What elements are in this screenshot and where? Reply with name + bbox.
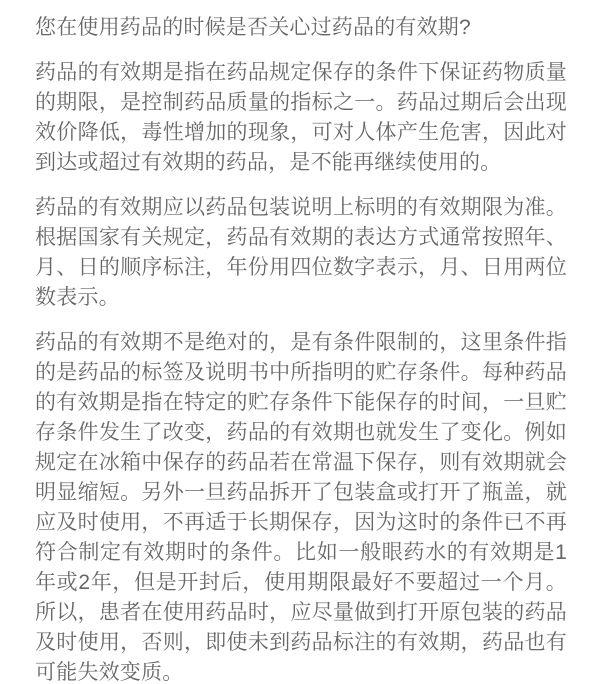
paragraph-storage-conditions: 药品的有效期不是绝对的，是有条件限制的，这里条件指的是药品的标签及说明书中所指明… bbox=[35, 328, 567, 684]
article-body: 您在使用药品的时候是否关心过药品的有效期? 药品的有效期是指在药品规定保存的条件… bbox=[0, 0, 600, 684]
question-paragraph: 您在使用药品的时候是否关心过药品的有效期? bbox=[35, 13, 567, 43]
paragraph-labeling-format: 药品的有效期应以药品包装说明上标明的有效期限为准。根据国家有关规定，药品有效期的… bbox=[35, 193, 567, 313]
paragraph-definition: 药品的有效期是指在药品规定保存的条件下保证药物质量的期限，是控制药品质量的指标之… bbox=[35, 58, 567, 178]
